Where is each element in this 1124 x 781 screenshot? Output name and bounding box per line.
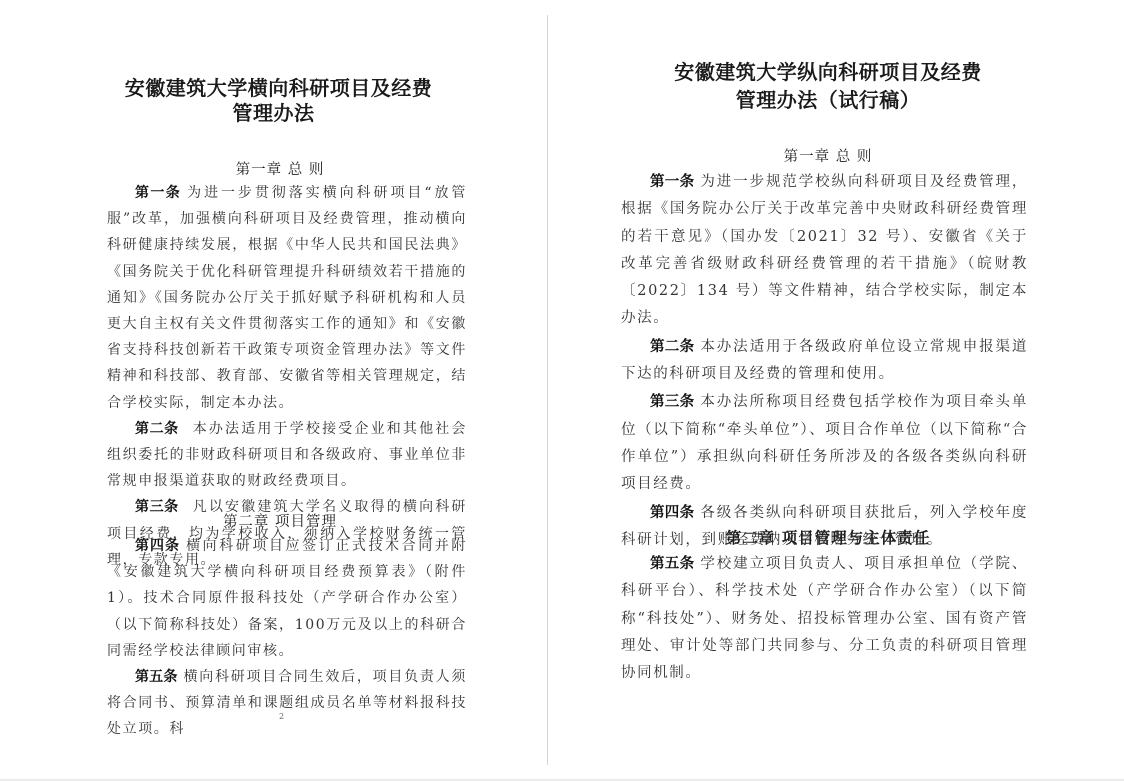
right-document-title: 安徽建筑大学纵向科研项目及经费 管理办法（试行稿） <box>548 58 1108 114</box>
left-article-1: 第一条为进一步贯彻落实横向科研项目“放管服”改革，加强横向科研项目及经费管理，推… <box>107 180 467 416</box>
left-page: 安徽建筑大学横向科研项目及经费 管理办法 第一章 总 则 第一条为进一步贯彻落实… <box>0 0 547 781</box>
page-number: 2 <box>279 712 284 721</box>
left-chapter2-body: 第四条横向科研项目应签订正式技术合同并附《安徽建筑大学横向科研项目经费预算表》（… <box>107 533 467 743</box>
article-number: 第一条 <box>650 173 694 190</box>
right-title-line2: 管理办法（试行稿） <box>548 86 1108 114</box>
article-text: 横向科研项目应签订正式技术合同并附《安徽建筑大学横向科研项目经费预算表》（附件1… <box>107 538 467 659</box>
article-number: 第一条 <box>135 185 181 201</box>
right-page: 安徽建筑大学纵向科研项目及经费 管理办法（试行稿） 第一章 总 则 第一条为进一… <box>548 0 1124 781</box>
left-article-4: 第四条横向科研项目应签订正式技术合同并附《安徽建筑大学横向科研项目经费预算表》（… <box>107 533 467 664</box>
left-document-title: 安徽建筑大学横向科研项目及经费 管理办法 <box>0 76 547 126</box>
right-article-5: 第五条学校建立项目负责人、项目承担单位（学院、科研平台）、科学技术处（产学研合作… <box>621 550 1028 687</box>
left-article-2: 第二条本办法适用于学校接受企业和其他社会组织委托的非财政科研项目和各级政府、事业… <box>107 416 467 495</box>
article-number: 第二条 <box>135 421 179 437</box>
article-number: 第三条 <box>650 393 694 410</box>
left-chapter1-heading: 第一章 总 则 <box>0 158 560 179</box>
article-number: 第五条 <box>135 669 177 685</box>
left-article-5: 第五条横向科研项目合同生效后，项目负责人须将合同书、预算清单和课题组成员名单等材… <box>107 664 467 743</box>
right-article-3: 第三条本办法所称项目经费包括学校作为项目牵头单位（以下简称“牵头单位”）、项目合… <box>621 388 1028 498</box>
right-article-1: 第一条为进一步规范学校纵向科研项目及经费管理，根据《国务院办公厅关于改革完善中央… <box>621 168 1028 333</box>
right-article-2: 第二条本办法适用于各级政府单位设立常规申报渠道下达的科研项目及经费的管理和使用。 <box>621 333 1028 389</box>
article-number: 第二条 <box>650 338 694 355</box>
article-number: 第五条 <box>650 555 694 572</box>
right-chapter1-heading: 第一章 总 则 <box>548 145 1108 166</box>
left-title-line2: 管理办法 <box>0 101 547 126</box>
right-title-line1: 安徽建筑大学纵向科研项目及经费 <box>548 58 1108 86</box>
article-number: 第四条 <box>135 538 180 554</box>
article-text: 学校建立项目负责人、项目承担单位（学院、科研平台）、科学技术处（产学研合作办公室… <box>621 556 1028 681</box>
article-number: 第四条 <box>650 504 694 521</box>
article-text: 为进一步规范学校纵向科研项目及经费管理，根据《国务院办公厅关于改革完善中央财政科… <box>621 174 1028 326</box>
left-title-line1: 安徽建筑大学横向科研项目及经费 <box>0 76 547 101</box>
article-text: 为进一步贯彻落实横向科研项目“放管服”改革，加强横向科研项目及经费管理，推动横向… <box>107 185 467 411</box>
right-chapter2-body: 第五条学校建立项目负责人、项目承担单位（学院、科研平台）、科学技术处（产学研合作… <box>621 550 1028 687</box>
right-chapter2-heading: 第二章 项目管理与主体责任 <box>548 526 1108 548</box>
right-chapter1-body: 第一条为进一步规范学校纵向科研项目及经费管理，根据《国务院办公厅关于改革完善中央… <box>621 168 1028 554</box>
left-chapter2-heading: 第二章 项目管理 <box>0 510 560 531</box>
